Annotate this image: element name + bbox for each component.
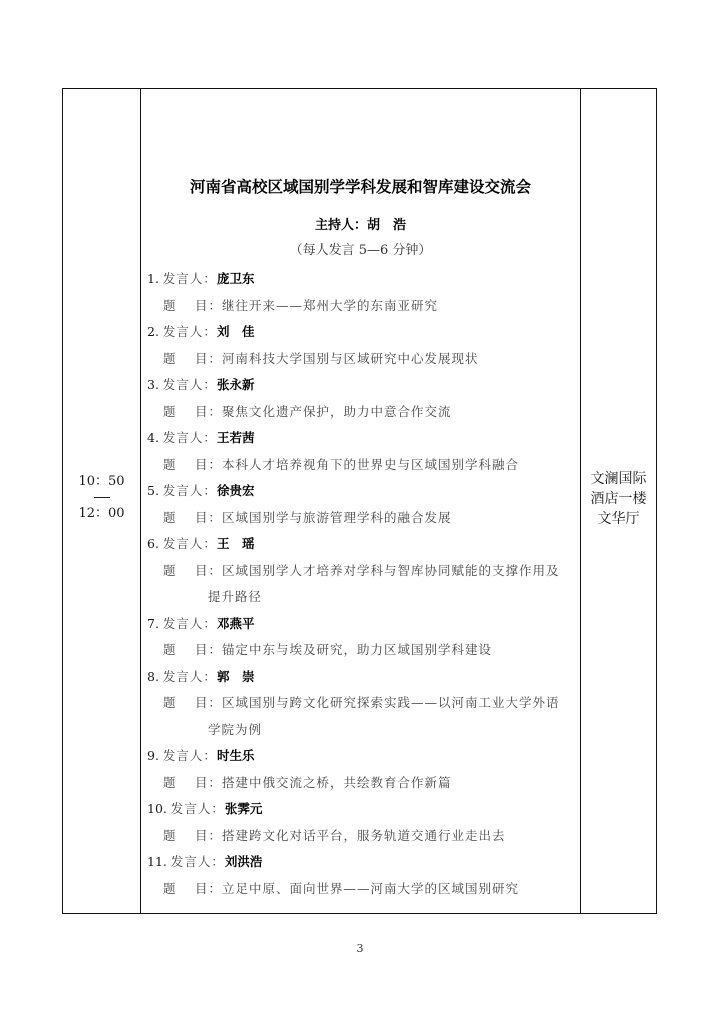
speaker-item: 4. 发言人：王若茜 题 目：本科人才培养视角下的世界史与区域国别学科融合 [147,425,577,478]
speaker-name: 邓燕平 [217,616,255,631]
speaker-item: 7. 发言人：邓燕平 题 目：锚定中东与埃及研究，助力区域国别学科建设 [147,611,577,664]
speaker-name: 时生乐 [217,748,255,763]
time-end: 12：00 [63,505,140,523]
time-dash [94,497,110,498]
speaker-item: 8. 发言人：郭 崇 题 目：区域国别与跨文化研究探索实践——以河南工业大学外语… [147,664,577,744]
speaker-topic: 区域国别与跨文化研究探索实践——以河南工业大学外语 [222,695,560,710]
speaker-topic-continued: 提升路径 [147,584,577,611]
speaker-item: 11. 发言人：刘洪浩 题 目：立足中原、面向世界——河南大学的区域国别研究 [147,849,577,902]
speaker-topic: 搭建中俄交流之桥，共绘教育合作新篇 [222,775,452,790]
session-time: 10：50 12：00 [63,473,140,523]
speaker-item: 6. 发言人：王 瑶 题 目：区域国别学人才培养对学科与智库协同赋能的支撑作用及… [147,531,577,611]
content-cell: 河南省高校区域国别学学科发展和智库建设交流会 主持人：胡 浩 （每人发言 5—6… [141,89,581,913]
speaker-name: 郭 崇 [217,669,255,684]
speaker-name: 庞卫东 [217,271,255,286]
speaker-item: 3. 发言人：张永新 题 目：聚焦文化遗产保护，助力中意合作交流 [147,372,577,425]
session-host: 主持人：胡 浩 [141,214,580,233]
speaker-topic-continued: 学院为例 [147,717,577,744]
speaker-name: 张霁元 [225,801,263,816]
speaker-item: 10. 发言人：张霁元 题 目：搭建跨文化对话平台，服务轨道交通行业走出去 [147,796,577,849]
speaker-topic: 锚定中东与埃及研究，助力区域国别学科建设 [222,642,492,657]
venue: 文澜国际 酒店一楼 文华厅 [581,469,656,529]
speaker-list: 1. 发言人：庞卫东 题 目：继往开来——郑州大学的东南亚研究 2. 发言人：刘… [147,266,577,902]
schedule-table: 10：50 12：00 河南省高校区域国别学学科发展和智库建设交流会 主持人：胡… [62,88,657,914]
page-number: 3 [0,942,720,955]
time-start: 10：50 [63,473,140,491]
speaker-item: 1. 发言人：庞卫东 题 目：继往开来——郑州大学的东南亚研究 [147,266,577,319]
time-cell: 10：50 12：00 [63,89,141,913]
speaker-name: 徐贵宏 [217,483,255,498]
speaker-item: 5. 发言人：徐贵宏 题 目：区域国别学与旅游管理学科的融合发展 [147,478,577,531]
speaker-name: 刘洪浩 [225,854,263,869]
session-note: （每人发言 5—6 分钟） [141,239,580,258]
speaker-name: 王 瑶 [217,536,255,551]
speaker-item: 9. 发言人：时生乐 题 目：搭建中俄交流之桥，共绘教育合作新篇 [147,743,577,796]
speaker-name: 张永新 [217,377,255,392]
speaker-topic: 搭建跨文化对话平台，服务轨道交通行业走出去 [222,828,506,843]
speaker-topic: 继往开来——郑州大学的东南亚研究 [222,298,438,313]
speaker-topic: 河南科技大学国别与区域研究中心发展现状 [222,351,479,366]
speaker-topic: 本科人才培养视角下的世界史与区域国别学科融合 [222,457,519,472]
venue-cell: 文澜国际 酒店一楼 文华厅 [581,89,656,913]
speaker-topic: 聚焦文化遗产保护，助力中意合作交流 [222,404,452,419]
speaker-item: 2. 发言人：刘 佳 题 目：河南科技大学国别与区域研究中心发展现状 [147,319,577,372]
session-title: 河南省高校区域国别学学科发展和智库建设交流会 [141,175,580,197]
speaker-topic: 区域国别学与旅游管理学科的融合发展 [222,510,452,525]
speaker-name: 刘 佳 [217,324,255,339]
speaker-topic: 立足中原、面向世界——河南大学的区域国别研究 [222,881,519,896]
speaker-name: 王若茜 [217,430,255,445]
speaker-topic: 区域国别学人才培养对学科与智库协同赋能的支撑作用及 [222,563,560,578]
